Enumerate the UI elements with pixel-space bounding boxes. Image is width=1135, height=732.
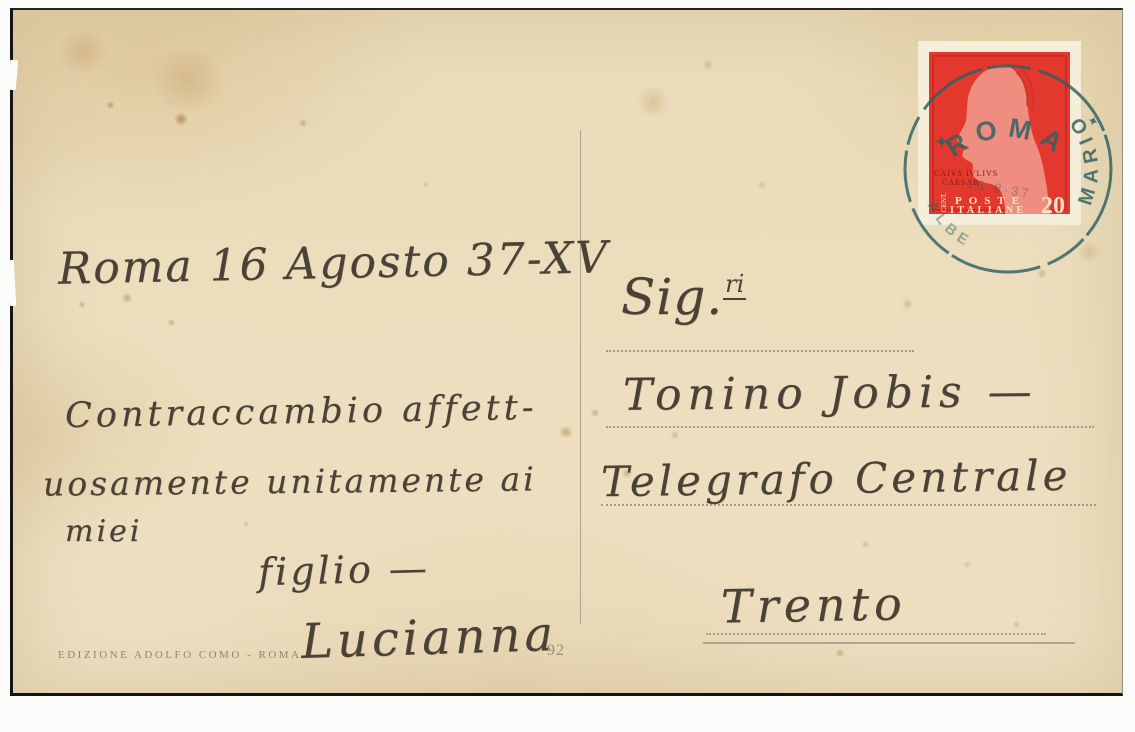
address-street: Telegrafo Centrale [601, 451, 1072, 507]
message-line-3: miei [65, 514, 142, 549]
message-line-2: uosamente unitamente ai [43, 459, 537, 503]
card-number: 92 [547, 642, 565, 660]
stain [701, 60, 715, 70]
stain [590, 409, 600, 417]
stain [835, 649, 845, 657]
scan-background: Roma 16 Agosto 37-XV Contraccambio affet… [0, 0, 1135, 732]
torn-edge [8, 260, 16, 306]
address-city: Trento [721, 576, 908, 633]
signature: Lucianna [300, 606, 558, 670]
message-line-1: Contraccambio affett- [65, 388, 538, 436]
address-rule-4 [706, 633, 1046, 635]
address-title-text: Sig. [621, 268, 723, 326]
postcard-back: Roma 16 Agosto 37-XV Contraccambio affet… [10, 8, 1123, 696]
message-line-4: figlio — [257, 546, 430, 594]
address-underline [703, 642, 1075, 644]
stain [962, 561, 972, 568]
handwritten-dateline: Roma 16 Agosto 37-XV [58, 232, 610, 295]
stain [173, 113, 189, 125]
stain [298, 119, 308, 127]
stamp-name-line1: CAIVS IVLIVS [934, 169, 998, 178]
stain [1012, 621, 1021, 628]
stain [670, 431, 680, 439]
center-divider-line [580, 130, 581, 624]
address-rule-1 [606, 350, 914, 352]
stain [167, 319, 176, 326]
stain [861, 541, 870, 548]
stain [422, 181, 430, 188]
stamp-value: 20 [1041, 193, 1065, 219]
stain [53, 32, 113, 72]
stamp-and-postmark: CAIVS IVLIVS CAESAR POSTE ITALIANE CENT.… [898, 32, 1128, 287]
stain [143, 50, 233, 110]
address-recipient: Tonino Jobis — [623, 366, 1038, 421]
stain [121, 293, 133, 303]
address-rule-3 [601, 504, 1096, 506]
torn-edge [8, 60, 19, 91]
stain [558, 426, 574, 438]
stain [106, 101, 115, 109]
publisher-imprint: EDIZIONE ADOLFO COMO - ROMA [58, 649, 302, 661]
postmark-star-left-icon: ✦ [934, 132, 949, 152]
stain [757, 181, 767, 189]
address-title-superscript: ri [723, 270, 746, 300]
stamp-italiane-text: ITALIANE [950, 205, 1027, 216]
address-title: Sig.ri [621, 268, 746, 326]
address-rule-2 [606, 426, 1094, 428]
stain [633, 88, 673, 116]
stain [78, 301, 86, 308]
stain [242, 521, 250, 527]
stain [901, 299, 914, 309]
